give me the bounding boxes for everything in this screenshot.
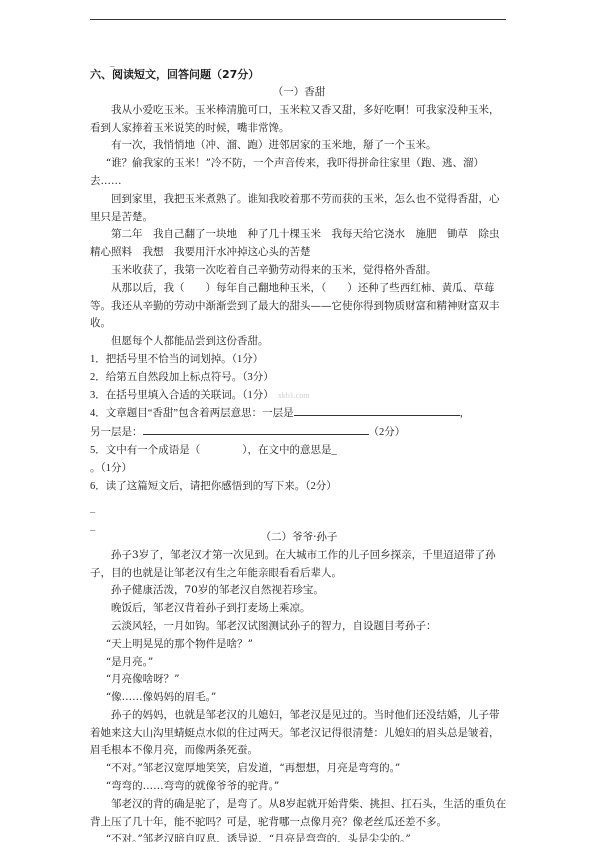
question-6: 6．读了这篇短文后，请把你感悟到的写下来。（2分）: [90, 478, 508, 496]
question-4b-text: 另一层是：: [90, 427, 143, 438]
passage2-paragraph: 孙子健康活泼，70岁的邹老汉自然视若珍宝。: [90, 582, 508, 600]
passage1-title: （一）香甜: [90, 84, 508, 102]
passage2-dialogue: “是月亮。”: [90, 654, 508, 672]
question-5-cont: 。（1分）: [90, 460, 508, 478]
answer-blank-4b[interactable]: [143, 423, 369, 435]
passage2-dialogue: “不对。”邹老汉暗自叹息，诱导说，“月亮是弯弯的，头是尖尖的。”: [90, 831, 508, 842]
passage1-paragraph: 从那以后，我（ ）每年自己翻地种玉米，（ ）还种了些西红柿、黄瓜、草莓等。我还从…: [90, 280, 508, 333]
answer-line[interactable]: _: [90, 499, 508, 517]
passage1-paragraph: 但愿每个人都能品尝到这份香甜。: [90, 333, 508, 351]
passage1-paragraph: 有一次，我悄悄地（冲、溜、跑）进邻居家的玉米地，掰了一个玉米。: [90, 137, 508, 155]
question-4-score: （2分）: [369, 427, 406, 438]
question-1: 1．把括号里不恰当的词划掉。（1分）: [90, 351, 508, 369]
passage2-paragraph: 孙子的妈妈，也就是邹老汉的儿媳妇，邹老汉是见过的。当时他们还没结婚，儿子带着她来…: [90, 707, 508, 760]
passage2-paragraph: 孙子3岁了，邹老汉才第一次见到。在大城市工作的儿子回乡探亲，千里迢迢带了孙子，目…: [90, 547, 508, 583]
passage2-paragraph: 邹老汉的背的确是驼了，是弯了。从8岁起就开始背柴、挑担、扛石头，生活的重负在背上…: [90, 796, 508, 832]
watermark: xkb1.com: [278, 391, 310, 400]
header-rule: [90, 19, 506, 20]
passage2-dialogue: “不对。”邹老汉宽厚地笑笑，启发道，“再想想，月亮是弯弯的。”: [90, 760, 508, 778]
exam-page: _ 六、阅读短文，回答问题（27分） （一）香甜 我从小爱吃玉米。玉米棒清脆可口…: [90, 58, 508, 842]
comma: ，: [460, 408, 471, 419]
question-4-text: 4．文章题目“香甜”包含着两层意思：一层是: [90, 408, 294, 419]
passage2-paragraph: 晚饭后，邹老汉背着孙子到打麦场上乘凉。: [90, 600, 508, 618]
passage1-paragraph: 我从小爱吃玉米。玉米棒清脆可口，玉米粒又香又甜，多好吃啊！可我家没种玉米，看到人…: [90, 102, 508, 138]
passage2-paragraph: 云淡风轻，一月如钩。邹老汉试图测试孙子的智力，自设题目考孙子：: [90, 618, 508, 636]
question-5: 5．文中有一个成语是（ ），在文中的意思是_: [90, 442, 508, 460]
question-3: 3．在括号里填入合适的关联词。（1分）xkb1.com: [90, 387, 508, 405]
passage1-paragraph: 第二年 我自己翻了一块地 种了几十棵玉米 我每天给它浇水 施肥 锄草 除虫 精心…: [90, 226, 508, 262]
passage2-dialogue: “像……像妈妈的眉毛。”: [90, 689, 508, 707]
passage1-paragraph: 回到家里，我把玉米煮熟了。谁知我咬着那不劳而获的玉米，怎么也不觉得香甜，心里只是…: [90, 191, 508, 227]
passage2-dialogue: “弯弯的……弯弯的就像爷爷的驼背。”: [90, 778, 508, 796]
answer-blank-4a[interactable]: [294, 404, 460, 416]
passage2-dialogue: “月亮像啥呀？”: [90, 671, 508, 689]
question-3-text: 3．在括号里填入合适的关联词。（1分）: [90, 390, 274, 401]
tick-mark: _: [90, 58, 508, 66]
section-title: 六、阅读短文，回答问题（27分）: [90, 66, 508, 84]
question-2: 2．给第五自然段加上标点符号。（3分）: [90, 369, 508, 387]
question-4: 4．文章题目“香甜”包含着两层意思：一层是，: [90, 404, 508, 423]
passage2-dialogue: “天上明晃晃的那个物件是啥？”: [90, 636, 508, 654]
passage1-paragraph: “谁？偷我家的玉米！”冷不防，一个声音传来，我吓得拼命往家里（跑、逃、溜）去……: [90, 155, 508, 191]
passage1-paragraph: 玉米收获了，我第一次吃着自己辛勤劳动得来的玉米，觉得格外香甜。: [90, 262, 508, 280]
passage2-title: （二）爷爷·孙子: [90, 529, 508, 547]
question-4-cont: 另一层是：（2分）: [90, 423, 508, 442]
